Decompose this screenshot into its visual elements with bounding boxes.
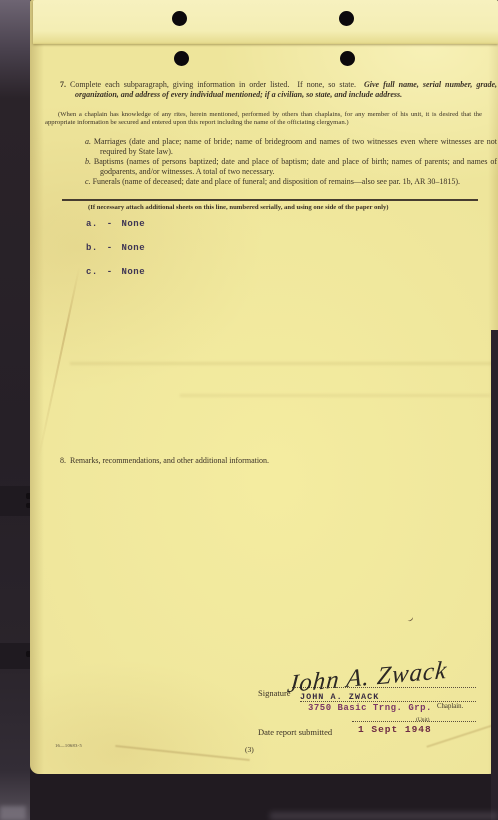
punch-hole [340, 51, 355, 66]
paragraph-number: 7. [60, 80, 66, 89]
separator-rule [62, 199, 478, 201]
punch-hole [172, 11, 187, 26]
chaplain-title: Chaplain. [437, 703, 463, 710]
typed-response-a: a. - None [86, 219, 145, 229]
section-8-paragraph: 8. Remarks, recommendations, and other a… [60, 456, 480, 465]
crease-line [426, 724, 493, 748]
scan-edge-shadow [491, 330, 498, 820]
section-7-paragraph: 7. Complete each subparagraph, giving in… [60, 80, 497, 99]
subitem-b-label: b. [85, 157, 91, 166]
typed-response-b: b. - None [86, 243, 145, 253]
unit-line [300, 701, 476, 702]
scan-artifact [270, 812, 498, 820]
subitem-a-text: Marriages (date and place; name of bride… [94, 137, 497, 156]
section-7-note: (When a chaplain has knowledge of any ri… [45, 111, 482, 127]
subitem-c-text: Funerals (name of deceased; date and pla… [93, 177, 460, 186]
section-7-intro: Complete each subparagraph, giving infor… [70, 80, 289, 89]
page-number: (3) [245, 745, 254, 754]
subitem-a: a. Marriages (date and place; name of br… [85, 137, 497, 156]
crease-line [38, 267, 80, 458]
subitem-b: b. Baptisms (names of persons baptized; … [85, 157, 497, 176]
subitem-c: c. Funerals (name of deceased; date and … [85, 177, 497, 187]
punch-hole [174, 51, 189, 66]
section-7-intro-mid: If none, so state. [297, 80, 356, 89]
subitem-b-text: Baptisms (names of persons baptized; dat… [94, 157, 497, 176]
section-8-text: Remarks, recommendations, and other addi… [70, 456, 269, 465]
unit-stamp: 3750 Basic Trng. Grp. [308, 703, 432, 713]
punch-hole [339, 11, 354, 26]
typed-response-c: c. - None [86, 267, 145, 277]
form-number: 16—10683-5 [55, 743, 82, 748]
scan-artifact [0, 806, 26, 820]
subitem-c-label: c. [85, 177, 91, 186]
unit-label: (Unit) [416, 717, 429, 723]
crease-line [70, 362, 498, 365]
date-label: Date report submitted [258, 727, 332, 737]
crease-line [115, 745, 249, 761]
date-line [352, 721, 476, 722]
date-stamp: 1 Sept 1948 [358, 724, 432, 735]
crease-line [180, 394, 490, 397]
section-8-number: 8. [60, 456, 66, 465]
subitem-a-label: a. [85, 137, 91, 146]
scanned-document-page: { "section7": { "number": "7.", "intro_r… [0, 0, 498, 820]
binder-edge [0, 0, 30, 820]
attach-note: (If necessary attach additional sheets o… [88, 204, 448, 211]
paper-top-fold [33, 0, 498, 44]
